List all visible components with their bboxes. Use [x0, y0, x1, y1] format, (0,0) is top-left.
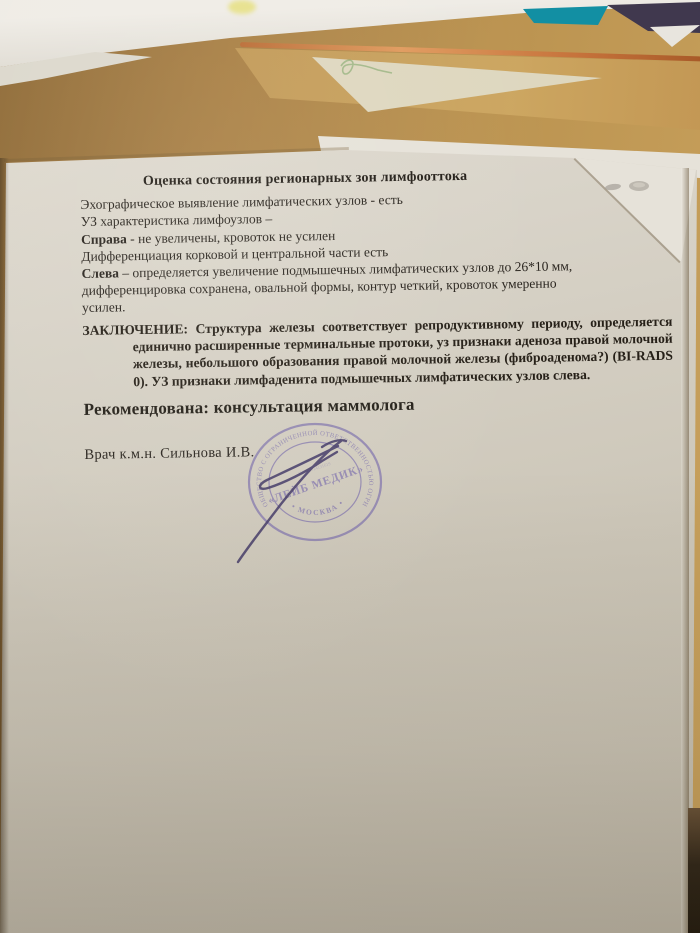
conclusion-paragraph: ЗАКЛЮЧЕНИЕ: Структура железы соответству…	[82, 312, 673, 390]
report-line-right-text: - не увеличены, кровоток не усилен	[127, 228, 336, 246]
desk-dark-corner	[688, 808, 700, 933]
photo-of-medical-report: Оценка состояния регионарных зон лимфоот…	[0, 0, 700, 933]
label-left: Слева	[81, 265, 119, 281]
conclusion-label: ЗАКЛЮЧЕНИЕ:	[82, 321, 188, 338]
yellow-highlight-mark	[228, 0, 256, 14]
report-text-block: Оценка состояния регионарных зон лимфоот…	[80, 165, 644, 464]
recommendation-line: Рекомендована: консультация маммолога	[84, 392, 644, 418]
sheet-left-shadow	[0, 158, 9, 933]
report-line-left: Слева – определяется увеличение подмышеч…	[81, 257, 590, 317]
report-line-left-text: – определяется увеличение подмышечных ли…	[82, 258, 573, 315]
label-right: Справа	[81, 231, 127, 247]
conclusion-text: Структура железы соответствует репродукт…	[133, 313, 673, 388]
